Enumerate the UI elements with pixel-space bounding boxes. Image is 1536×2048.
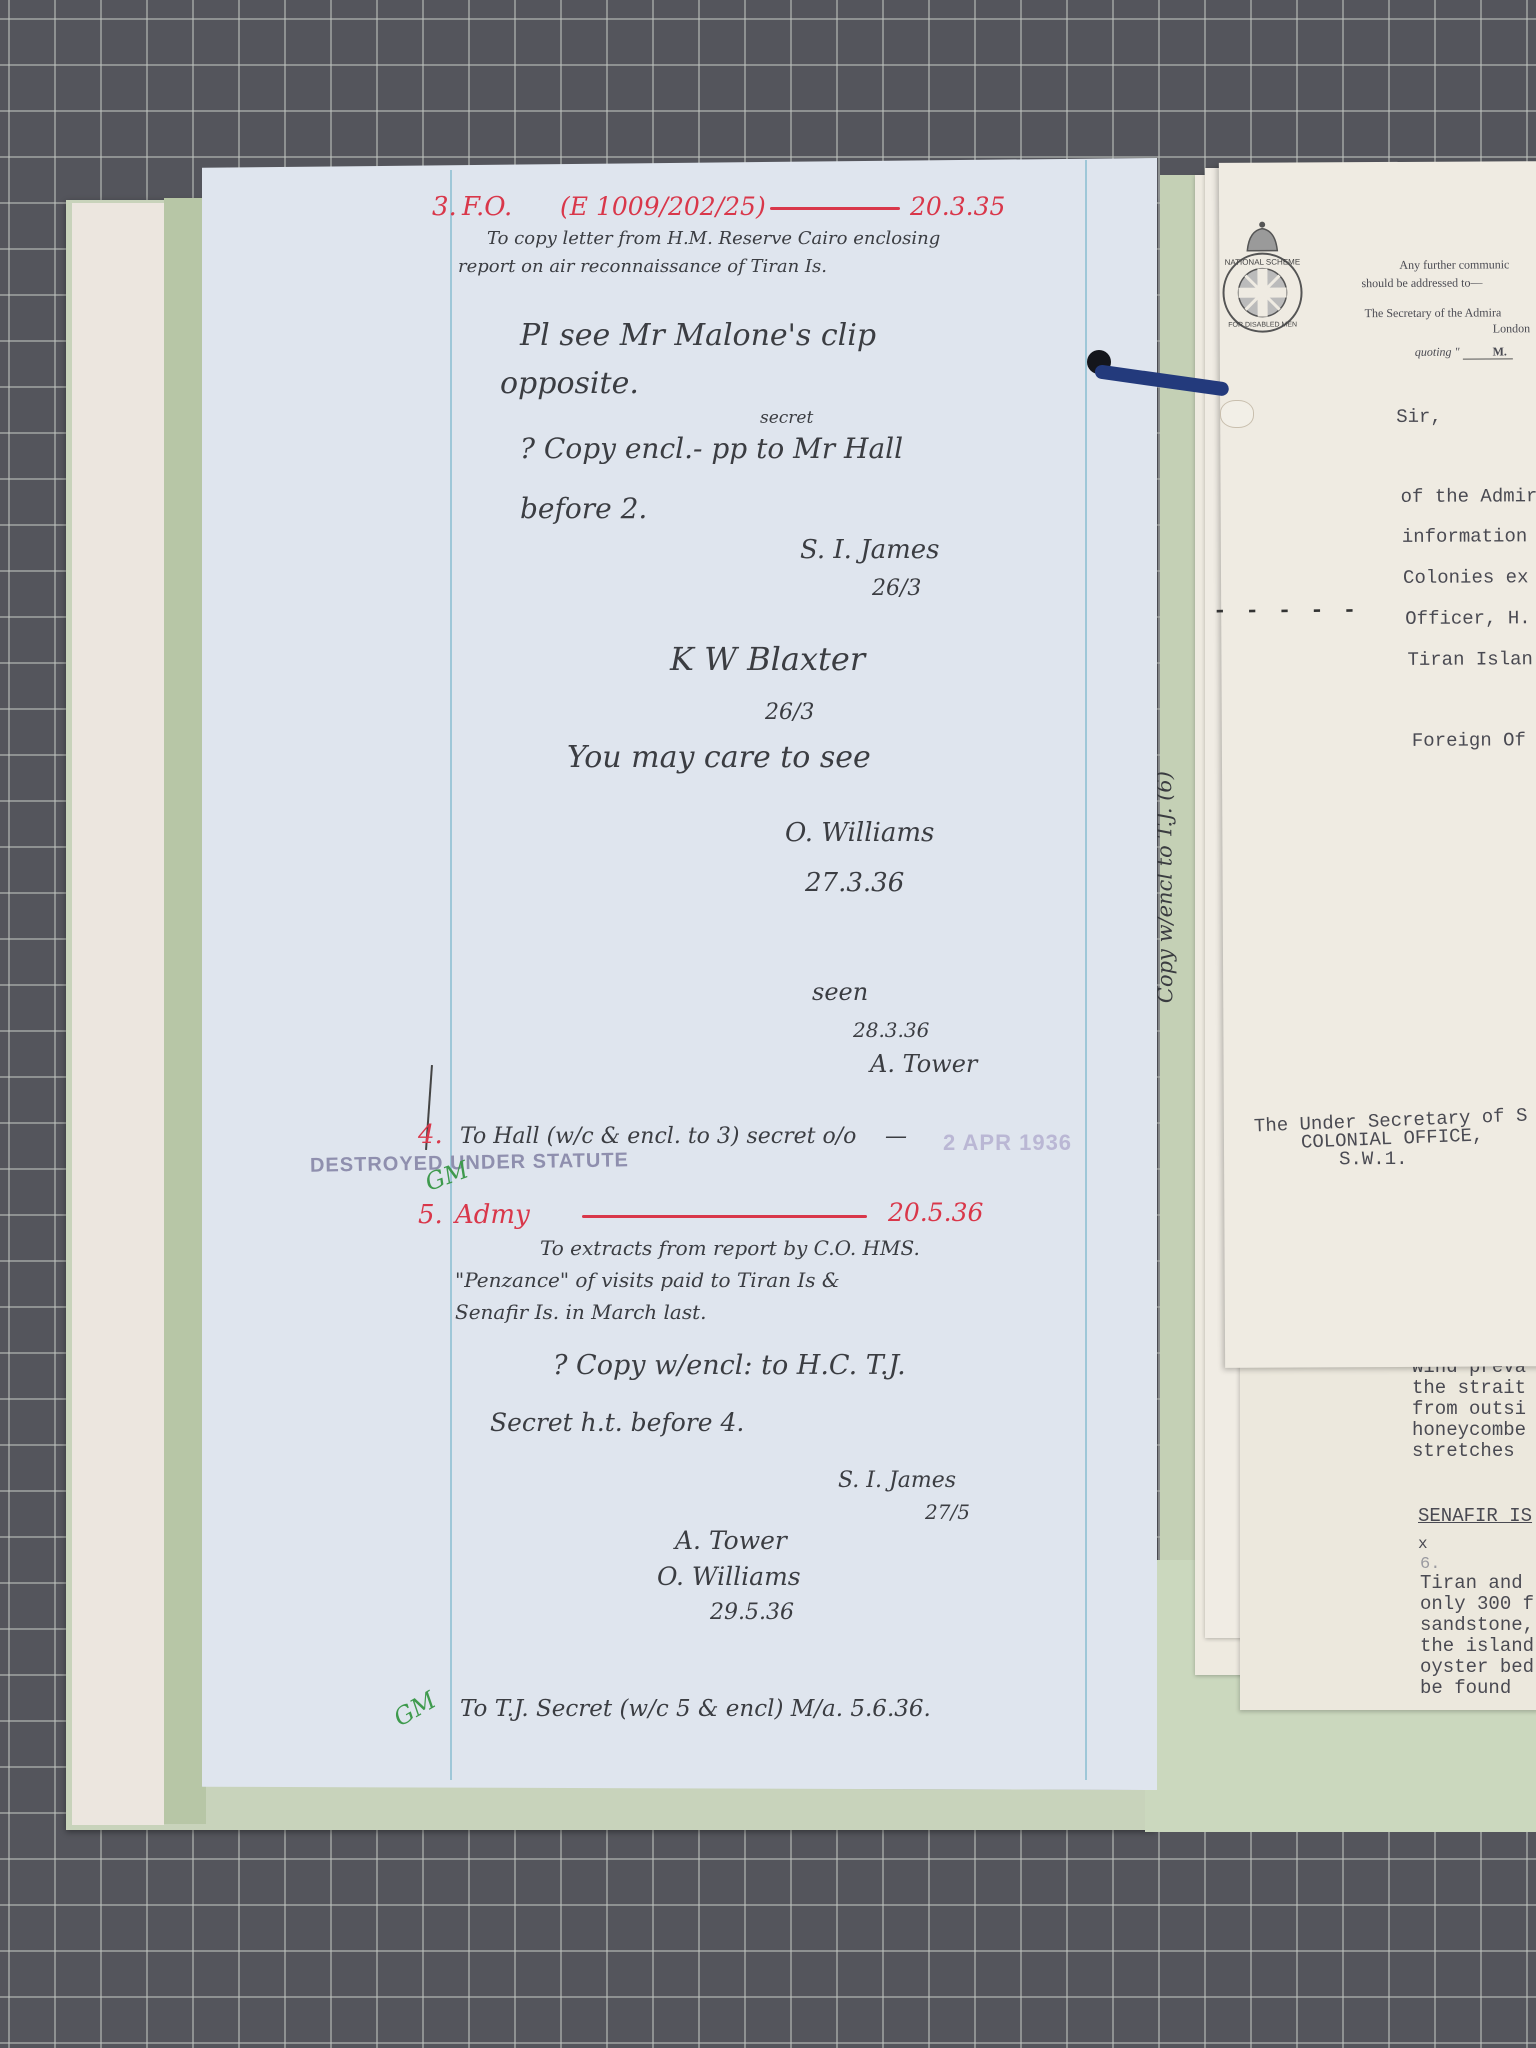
signature-james-date: 27/5 [925,1500,970,1524]
quoting-value: M. [1463,344,1513,359]
report-line: be found [1420,1678,1534,1699]
letter-body-line: Officer, H. [1405,607,1531,630]
right-margin-rule [1085,160,1087,1780]
signature-williams: O. Williams [785,818,934,848]
entry-5-description: To extracts from report by C.O. HMS. [540,1236,920,1260]
report-line: Tiran and [1420,1573,1534,1594]
entry-3-minute: You may care to see [567,740,871,775]
entry-5-number: 5. [418,1200,443,1230]
admiralty-letter: NATIONAL SCHEME FOR DISABLED MEN Any fur… [1219,161,1536,1368]
date-stamp: 2 APR 1936 [943,1130,1072,1156]
signature-blaxter: K W Blaxter [670,640,865,678]
report-lines-bottom: Tiran and only 300 f sandstone, the isla… [1420,1573,1534,1699]
entry-4-text: To Hall (w/c & encl. to 3) secret o/o [460,1124,856,1149]
entry-5-description: "Penzance" of visits paid to Tiran Is & [455,1268,840,1292]
report-line: the island [1420,1636,1534,1657]
entry-5-minute: Secret h.t. before 4. [490,1408,744,1437]
badge-top-text: NATIONAL SCHEME [1225,257,1301,266]
badge-bottom-text: FOR DISABLED MEN [1228,321,1297,328]
entry-3-number: 3. [432,192,457,222]
signature-williams-date: 27.3.36 [805,868,904,898]
entry-5-date: 20.5.36 [888,1198,983,1227]
signature-tower: A. Tower [870,1050,977,1078]
left-margin-rule [450,170,452,1780]
entry-5-description: Senafir Is. in March last. [455,1300,707,1324]
entry-4-number: 4. [418,1120,443,1150]
entry-3-description: report on air reconnaissance of Tiran Is… [458,256,827,277]
entry-3-description: To copy letter from H.M. Reserve Cairo e… [487,228,940,249]
signature-tower: A. Tower [675,1526,787,1555]
letter-salutation: Sir, [1396,406,1442,428]
report-line: from outsi [1412,1399,1526,1420]
letter-header-line: London [1493,321,1530,336]
entry-3-minute: before 2. [520,492,647,525]
signature-blaxter-date: 26/3 [765,700,814,725]
report-line: sandstone, [1420,1615,1534,1636]
report-line: only 300 f [1420,1594,1534,1615]
letter-body-line: of the Admir [1401,485,1536,508]
report-section-heading: SENAFIR IS [1418,1505,1532,1527]
report-extract-sheet: safely app wind preva the strait from ou… [1240,1340,1536,1710]
signature-tower-date: 28.3.36 [853,1018,929,1042]
entry-3-reference: (E 1009/202/25) [560,192,766,221]
letter-quoting: quoting " M. [1415,344,1513,360]
report-line: honeycombe [1412,1420,1526,1441]
report-marker: x [1418,1535,1428,1553]
national-scheme-badge-icon: NATIONAL SCHEME FOR DISABLED MEN [1219,218,1306,348]
signature-williams: O. Williams [657,1562,801,1591]
signature-james: S. I. James [838,1468,956,1493]
letter-body-line: Colonies ex [1403,566,1529,589]
letter-body-line: information [1402,525,1528,548]
entry-5-minute: ? Copy w/encl: to H.C. T.J. [553,1350,906,1381]
quoting-label: quoting " [1415,345,1460,359]
letter-header-line: The Secretary of the Admira [1365,305,1502,321]
entry-4-dash: — [885,1124,907,1149]
letter-dash-separator: - - - - - [1213,598,1359,624]
entry-5-from: Admy [455,1200,530,1230]
report-line: stretches [1412,1441,1526,1462]
entry-3-minute: ? Copy encl.- pp to Mr Hall [520,432,903,465]
entry-3-minute: Pl see Mr Malone's clip [520,318,876,353]
report-line: oyster bed [1420,1657,1534,1678]
letter-header-line: should be addressed to— [1361,275,1482,291]
folder-inner-flap [72,203,164,1825]
letter-body-line: Foreign Of [1412,729,1526,752]
entry-3-red-rule [770,207,900,210]
signature-james-date: 26/3 [872,576,921,601]
letter-addressee-line: S.W.1. [1339,1148,1408,1170]
report-line: the strait [1412,1378,1526,1399]
entry-3-minute-insert: secret [760,408,813,428]
entry-3-date: 20.3.35 [910,192,1005,221]
folder-spine-strip [164,198,206,1824]
letter-body-line: Tiran Islan [1407,648,1533,671]
entry-6-text: To T.J. Secret (w/c 5 & encl) M/a. 5.6.3… [460,1696,931,1722]
entry-3-minute: opposite. [500,366,639,401]
signature-williams-date: 29.5.36 [710,1600,794,1625]
letter-header-line: Any further communic [1399,257,1509,273]
signature-james: S. I. James [800,535,940,565]
entry-3-from: F.O. [462,192,512,222]
entry-5-red-rule [582,1215,867,1218]
torn-tag-hole [1220,400,1254,428]
entry-3-seen: seen [812,978,868,1006]
